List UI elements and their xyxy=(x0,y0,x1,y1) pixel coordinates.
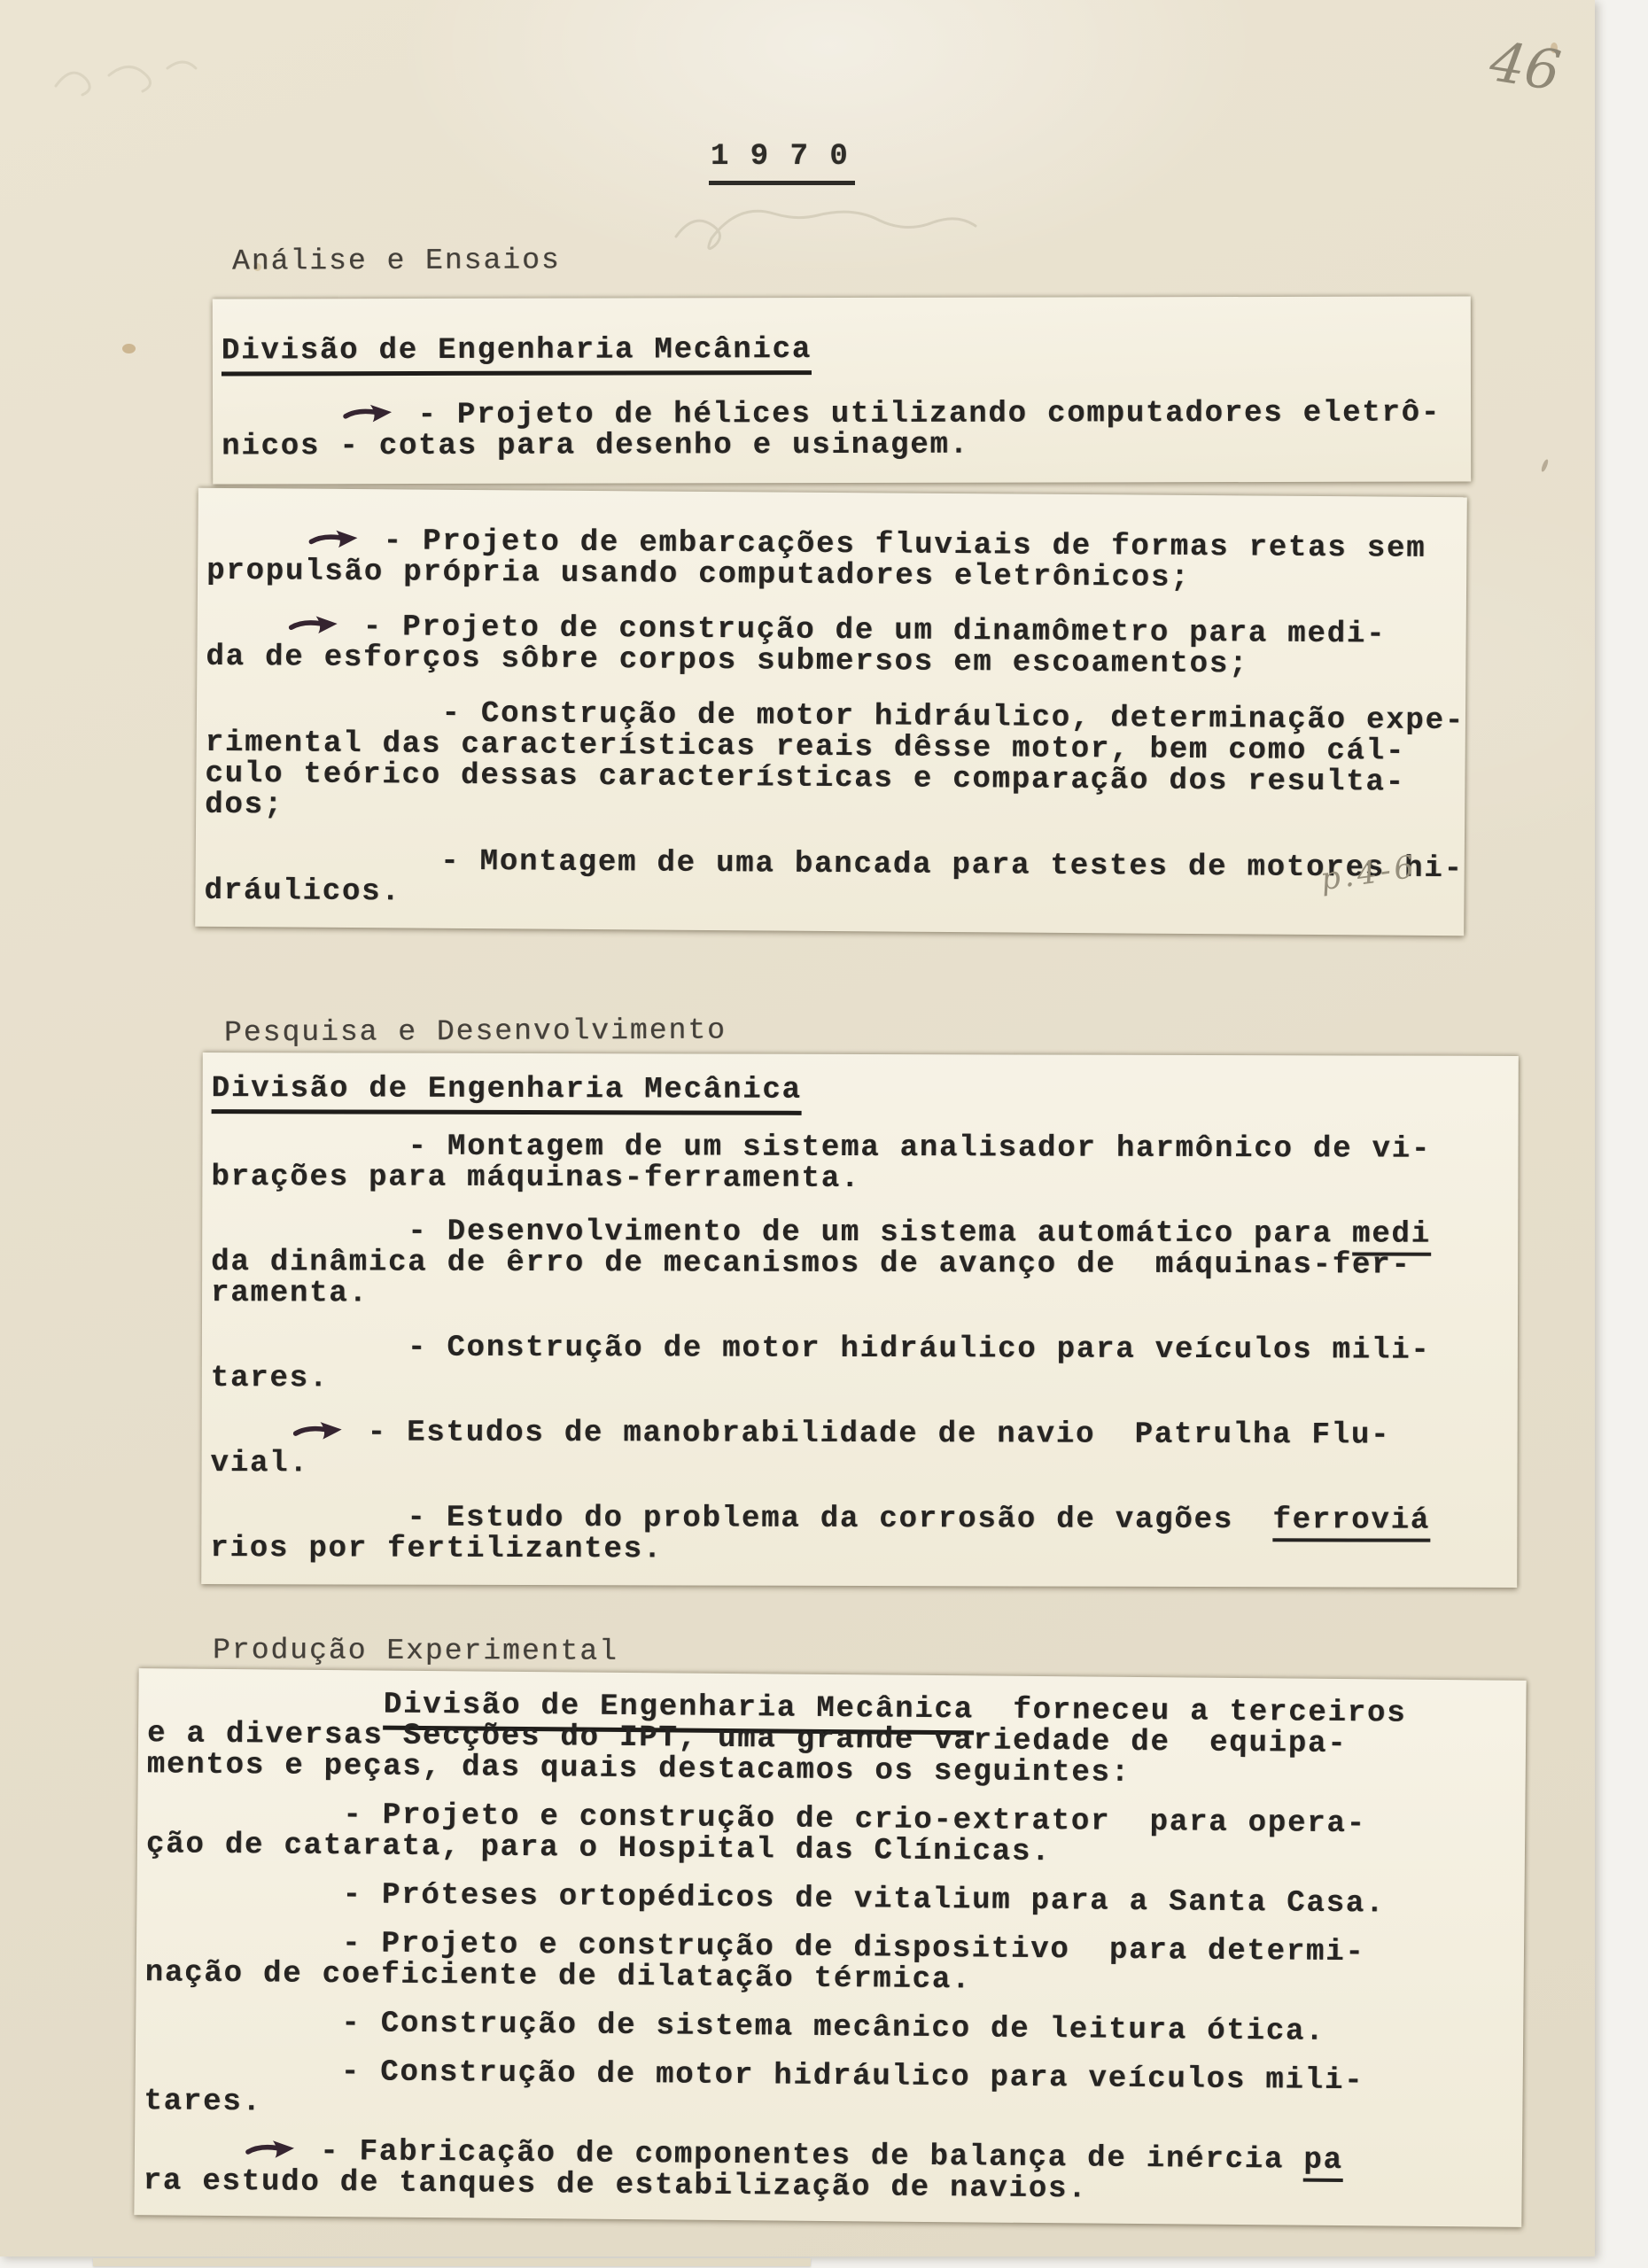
text-line: nicos - cotas para desenho e usinagem. xyxy=(222,430,1464,463)
hand-drawn-arrow-icon xyxy=(245,2137,297,2161)
typewritten-paragraph: - Desenvolvimento de um sistema automáti… xyxy=(211,1216,1511,1313)
typewritten-paragraph: - Projeto de construção de um dinamômetr… xyxy=(206,611,1458,682)
typewritten-paragraph: Divisão de Engenharia Mecânica forneceu … xyxy=(147,1688,1520,1793)
paper-stain xyxy=(1540,459,1549,473)
scanned-document-page: 46 1 9 7 0 Análise e Ensaios Divisão de … xyxy=(0,0,1595,2256)
typewritten-paragraph: - Projeto e construção de dispositivo pa… xyxy=(145,1927,1518,2001)
typewritten-paragraph: - Fabricação de componentes de balança d… xyxy=(144,2135,1516,2210)
typewritten-paragraph: - Montagem de um sistema analisador harm… xyxy=(211,1131,1511,1197)
year-title: 1 9 7 0 xyxy=(709,140,855,185)
typewritten-paragraph: - Projeto de embarcações fluviais de for… xyxy=(206,525,1459,596)
hand-drawn-arrow-icon xyxy=(292,1418,344,1441)
typewritten-paragraph: - Construção de motor hidráulico para ve… xyxy=(144,2055,1516,2130)
hand-drawn-arrow-icon xyxy=(343,401,394,424)
text-line: ramenta. xyxy=(211,1278,1511,1313)
hand-drawn-arrow-icon xyxy=(308,527,360,550)
hand-drawn-arrow-icon xyxy=(288,613,339,636)
pencil-ghost-scribble xyxy=(49,46,199,108)
typewritten-paragraph: - Estudo do problema da corrosão de vagõ… xyxy=(210,1503,1510,1568)
section-label-analise-e-ensaios: Análise e Ensaios xyxy=(232,244,561,277)
pasted-strip-producao: Divisão de Engenharia Mecânica forneceu … xyxy=(134,1668,1526,2227)
text-line: - Construção de motor hidráulico para ve… xyxy=(211,1332,1511,1367)
pencil-ghost-scribble xyxy=(660,188,988,259)
pasted-strip-pesquisa: Divisão de Engenharia Mecânica - Montage… xyxy=(201,1052,1519,1588)
text-line: tares. xyxy=(211,1363,1511,1398)
typewritten-paragraph: - Montagem de uma bancada para testes de… xyxy=(204,845,1457,916)
text-line: - Próteses ortopédicos de vitalium para … xyxy=(145,1878,1517,1922)
text-line: - Estudos de manobrabilidade de navio Pa… xyxy=(211,1417,1511,1452)
text-line: - Projeto de hélices utilizando computad… xyxy=(222,399,1464,432)
underlying-page-edge xyxy=(93,2258,811,2266)
strip-heading: Divisão de Engenharia Mecânica xyxy=(222,334,1464,368)
handwritten-page-number: 46 xyxy=(1486,28,1565,103)
pasted-strip-analise-2: - Projeto de embarcações fluviais de for… xyxy=(195,488,1467,936)
section-label-producao-experimental: Produção Experimental xyxy=(213,1634,618,1668)
typewritten-paragraph: - Próteses ortopédicos de vitalium para … xyxy=(145,1878,1517,1922)
typewritten-paragraph: - Construção de sistema mecânico de leit… xyxy=(144,2007,1516,2050)
strip-heading: Divisão de Engenharia Mecânica xyxy=(212,1074,1512,1108)
text-line: vial. xyxy=(211,1449,1511,1483)
section-label-pesquisa-e-desenvolvimento: Pesquisa e Desenvolvimento xyxy=(224,1014,727,1050)
text-line: - Construção de sistema mecânico de leit… xyxy=(144,2007,1516,2050)
pasted-strip-analise-1: Divisão de Engenharia Mecânica - Projeto… xyxy=(213,297,1471,485)
typewritten-paragraph: - Estudos de manobrabilidade de navio Pa… xyxy=(211,1417,1511,1483)
typewritten-paragraph: - Construção de motor hidráulico para ve… xyxy=(211,1332,1511,1398)
text-line: brações para máquinas-ferramenta. xyxy=(211,1162,1511,1197)
text-line: da dinâmica de êrro de mecanismos de ava… xyxy=(211,1247,1511,1282)
typewritten-paragraph: - Construção de motor hidráulico, determ… xyxy=(205,697,1458,830)
typewritten-paragraph: - Projeto e construção de crio-extrator … xyxy=(146,1798,1519,1873)
paper-stain xyxy=(122,344,136,353)
typewritten-paragraph: - Projeto de hélices utilizando computad… xyxy=(222,399,1464,463)
